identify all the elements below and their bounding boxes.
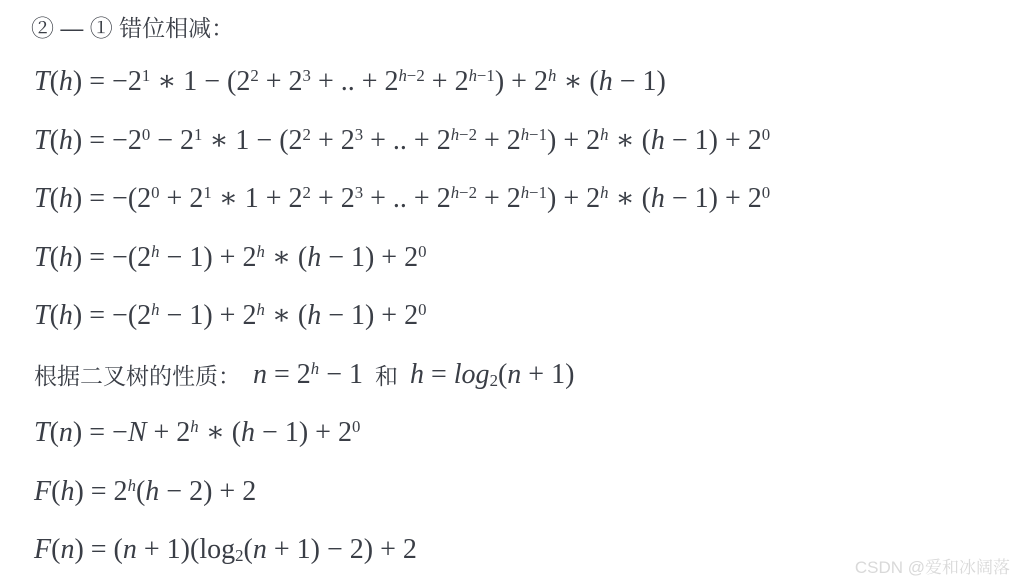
section-heading: ② — ① 错位相减： (0, 0, 1024, 43)
formula-line-7: F(h) = 2h(h − 2) + 2 (0, 463, 1024, 522)
formula-th-step4: T(h) = −(2h − 1) + 2h ∗ (h − 1) + 20 (34, 244, 426, 272)
property-conjunction: 和 (375, 358, 398, 391)
formula-block: T(h) = −21 ∗ 1 − (22 + 23 + .. + 2h−2 + … (0, 43, 1024, 580)
formula-line-4: T(h) = −(2h − 1) + 2h ∗ (h − 1) + 20 (0, 229, 1024, 288)
formula-th-step1: T(h) = −21 ∗ 1 − (22 + 23 + .. + 2h−2 + … (34, 68, 666, 96)
formula-line-6: T(n) = −N + 2h ∗ (h − 1) + 20 (0, 404, 1024, 463)
formula-th-step3: T(h) = −(20 + 21 ∗ 1 + 22 + 23 + .. + 2h… (34, 185, 770, 213)
property-label: 根据二叉树的性质： (34, 358, 241, 391)
formula-tn: T(n) = −N + 2h ∗ (h − 1) + 20 (34, 419, 360, 447)
property-math-h: h = log2(n + 1) (410, 361, 574, 389)
article-content: ② — ① 错位相减： T(h) = −21 ∗ 1 − (22 + 23 + … (0, 0, 1024, 587)
watermark: CSDN @爱和冰阔落 (855, 553, 1010, 578)
formula-th-step2: T(h) = −20 − 21 ∗ 1 − (22 + 23 + .. + 2h… (34, 127, 770, 155)
property-line: 根据二叉树的性质： n = 2h − 1 和 h = log2(n + 1) (0, 346, 1024, 405)
formula-line-1: T(h) = −21 ∗ 1 − (22 + 23 + .. + 2h−2 + … (0, 53, 1024, 112)
formula-th-step5: T(h) = −(2h − 1) + 2h ∗ (h − 1) + 20 (34, 302, 426, 330)
formula-fn: F(n) = (n + 1)(log2(n + 1) − 2) + 2 (34, 536, 417, 564)
formula-line-5: T(h) = −(2h − 1) + 2h ∗ (h − 1) + 20 (0, 287, 1024, 346)
formula-fh: F(h) = 2h(h − 2) + 2 (34, 478, 256, 506)
property-math-n: n = 2h − 1 (253, 361, 363, 389)
formula-line-2: T(h) = −20 − 21 ∗ 1 − (22 + 23 + .. + 2h… (0, 112, 1024, 171)
formula-line-3: T(h) = −(20 + 21 ∗ 1 + 22 + 23 + .. + 2h… (0, 170, 1024, 229)
